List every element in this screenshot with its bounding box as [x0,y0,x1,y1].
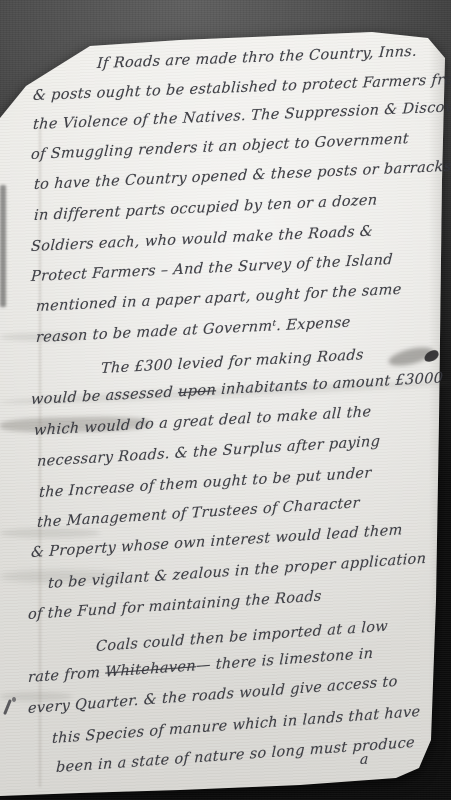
manuscript-line: to be vigilant & zealous in the proper a… [48,551,427,592]
manuscript-line: the Violence of the Natives. The Suppres… [32,98,451,133]
struck-word: Whitehaven [105,658,196,680]
line-segment: rate from [28,665,106,686]
manuscript-line: the Management of Trustees of Character [37,495,361,531]
manuscript-line: If Roads are made thro the Country, Inns… [96,44,417,72]
manuscript-line: which would do a great deal to make all … [34,404,372,439]
line-segment: would be assessed [31,384,179,408]
manuscript-line: the Increase of them ought to be put und… [39,465,372,501]
manuscript-line: & posts ought to be established to prote… [32,71,451,104]
manuscript-line: in different parts occupied by ten or a … [34,192,378,224]
handwriting-layer: If Roads are made thro the Country, Inns… [0,0,451,800]
manuscript-line: of Smuggling renders it an object to Gov… [30,131,409,163]
catchword: a [360,752,370,769]
manuscript-line: reason to be made at Governmᵗ. Expense [36,315,352,346]
struck-word: upon [178,382,217,400]
manuscript-line: mentioned in a paper apart, ought for th… [36,282,403,315]
manuscript-line: to have the Country opened & these posts… [34,159,451,193]
manuscript-line: of the Fund for maintaining the Roads [28,588,322,623]
line-segment: — there is limestone in [196,646,374,674]
manuscript-line: The £300 levied for making Roads [101,347,365,377]
manuscript-photograph: If Roads are made thro the Country, Inns… [0,0,451,800]
manuscript-line: Protect Farmers – And the Survey of the … [31,252,394,285]
manuscript-line: would be assessed upon inhabitants to am… [31,370,444,408]
line-segment: inhabitants to amount £3000 [216,370,444,398]
manuscript-line: Soldiers each, who would make the Roads … [31,223,374,255]
manuscript-line: necessary Roads. & the Surplus after pay… [37,434,381,470]
